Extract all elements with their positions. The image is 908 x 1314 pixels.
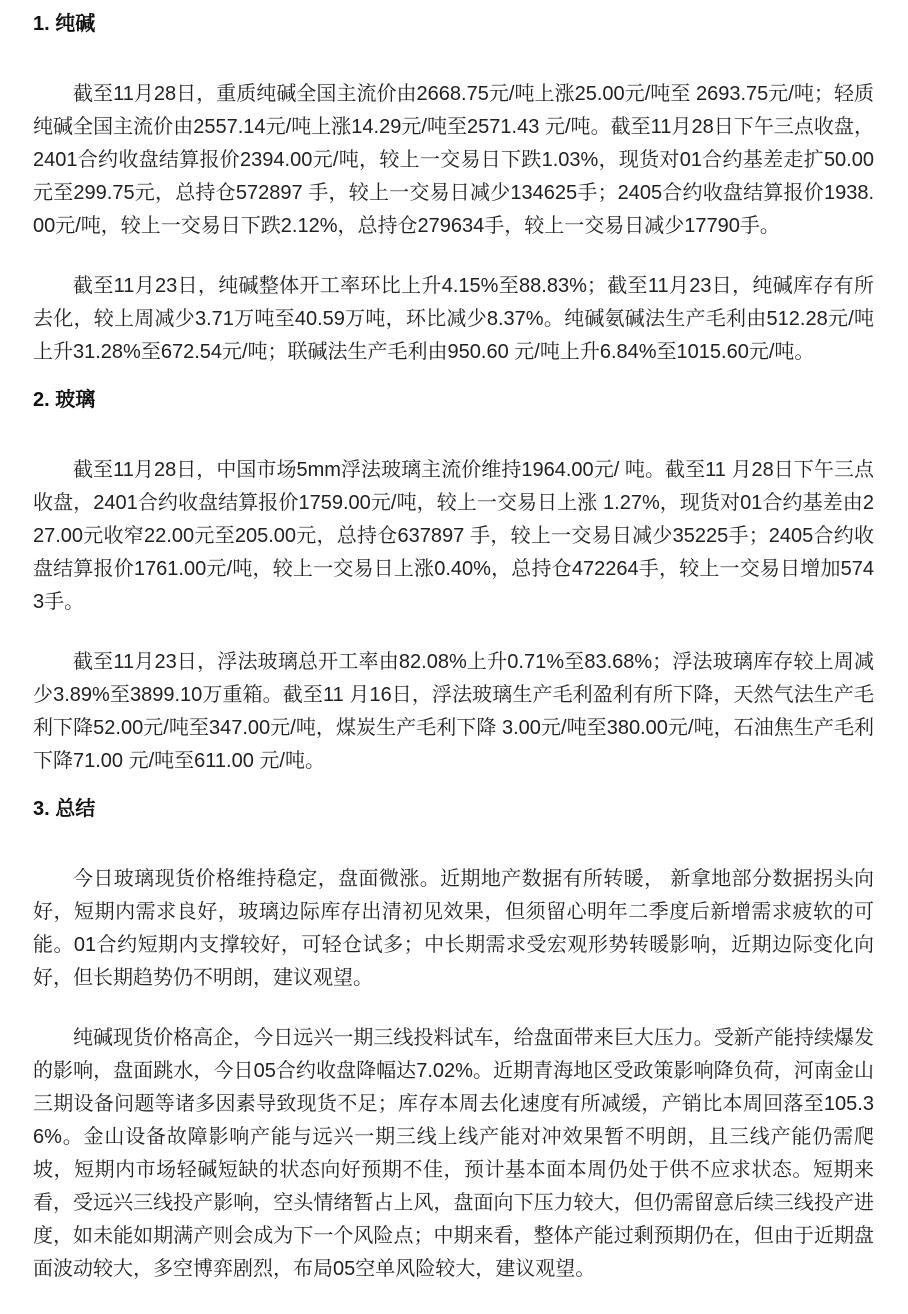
glass-price-market-paragraph: 截至11月28日，中国市场5mm浮法玻璃主流价维持1964.00元/ 吨。截至1… [33, 454, 874, 619]
summary-glass-outlook-paragraph: 今日玻璃现货价格维持稳定，盘面微涨。近期地产数据有所转暖， 新拿地部分数据拐头向… [33, 863, 874, 995]
summary-soda-ash-outlook-paragraph: 纯碱现货价格高企，今日远兴一期三线投料试车，给盘面带来巨大压力。受新产能持续爆发… [33, 1022, 874, 1286]
section-heading-glass: 2. 玻璃 [33, 388, 874, 412]
section-heading-summary: 3. 总结 [33, 797, 874, 821]
glass-supply-profit-paragraph: 截至11月23日，浮法玻璃总开工率由82.08%上升0.71%至83.68%；浮… [33, 646, 874, 778]
futures-daily-report: 1. 纯碱 截至11月28日，重质纯碱全国主流价由2668.75元/吨上涨25.… [0, 0, 908, 1310]
section-heading-soda-ash: 1. 纯碱 [33, 12, 874, 36]
soda-ash-supply-profit-paragraph: 截至11月23日，纯碱整体开工率环比上升4.15%至88.83%；截至11月23… [33, 270, 874, 369]
soda-ash-price-market-paragraph: 截至11月28日，重质纯碱全国主流价由2668.75元/吨上涨25.00元/吨至… [33, 78, 874, 243]
